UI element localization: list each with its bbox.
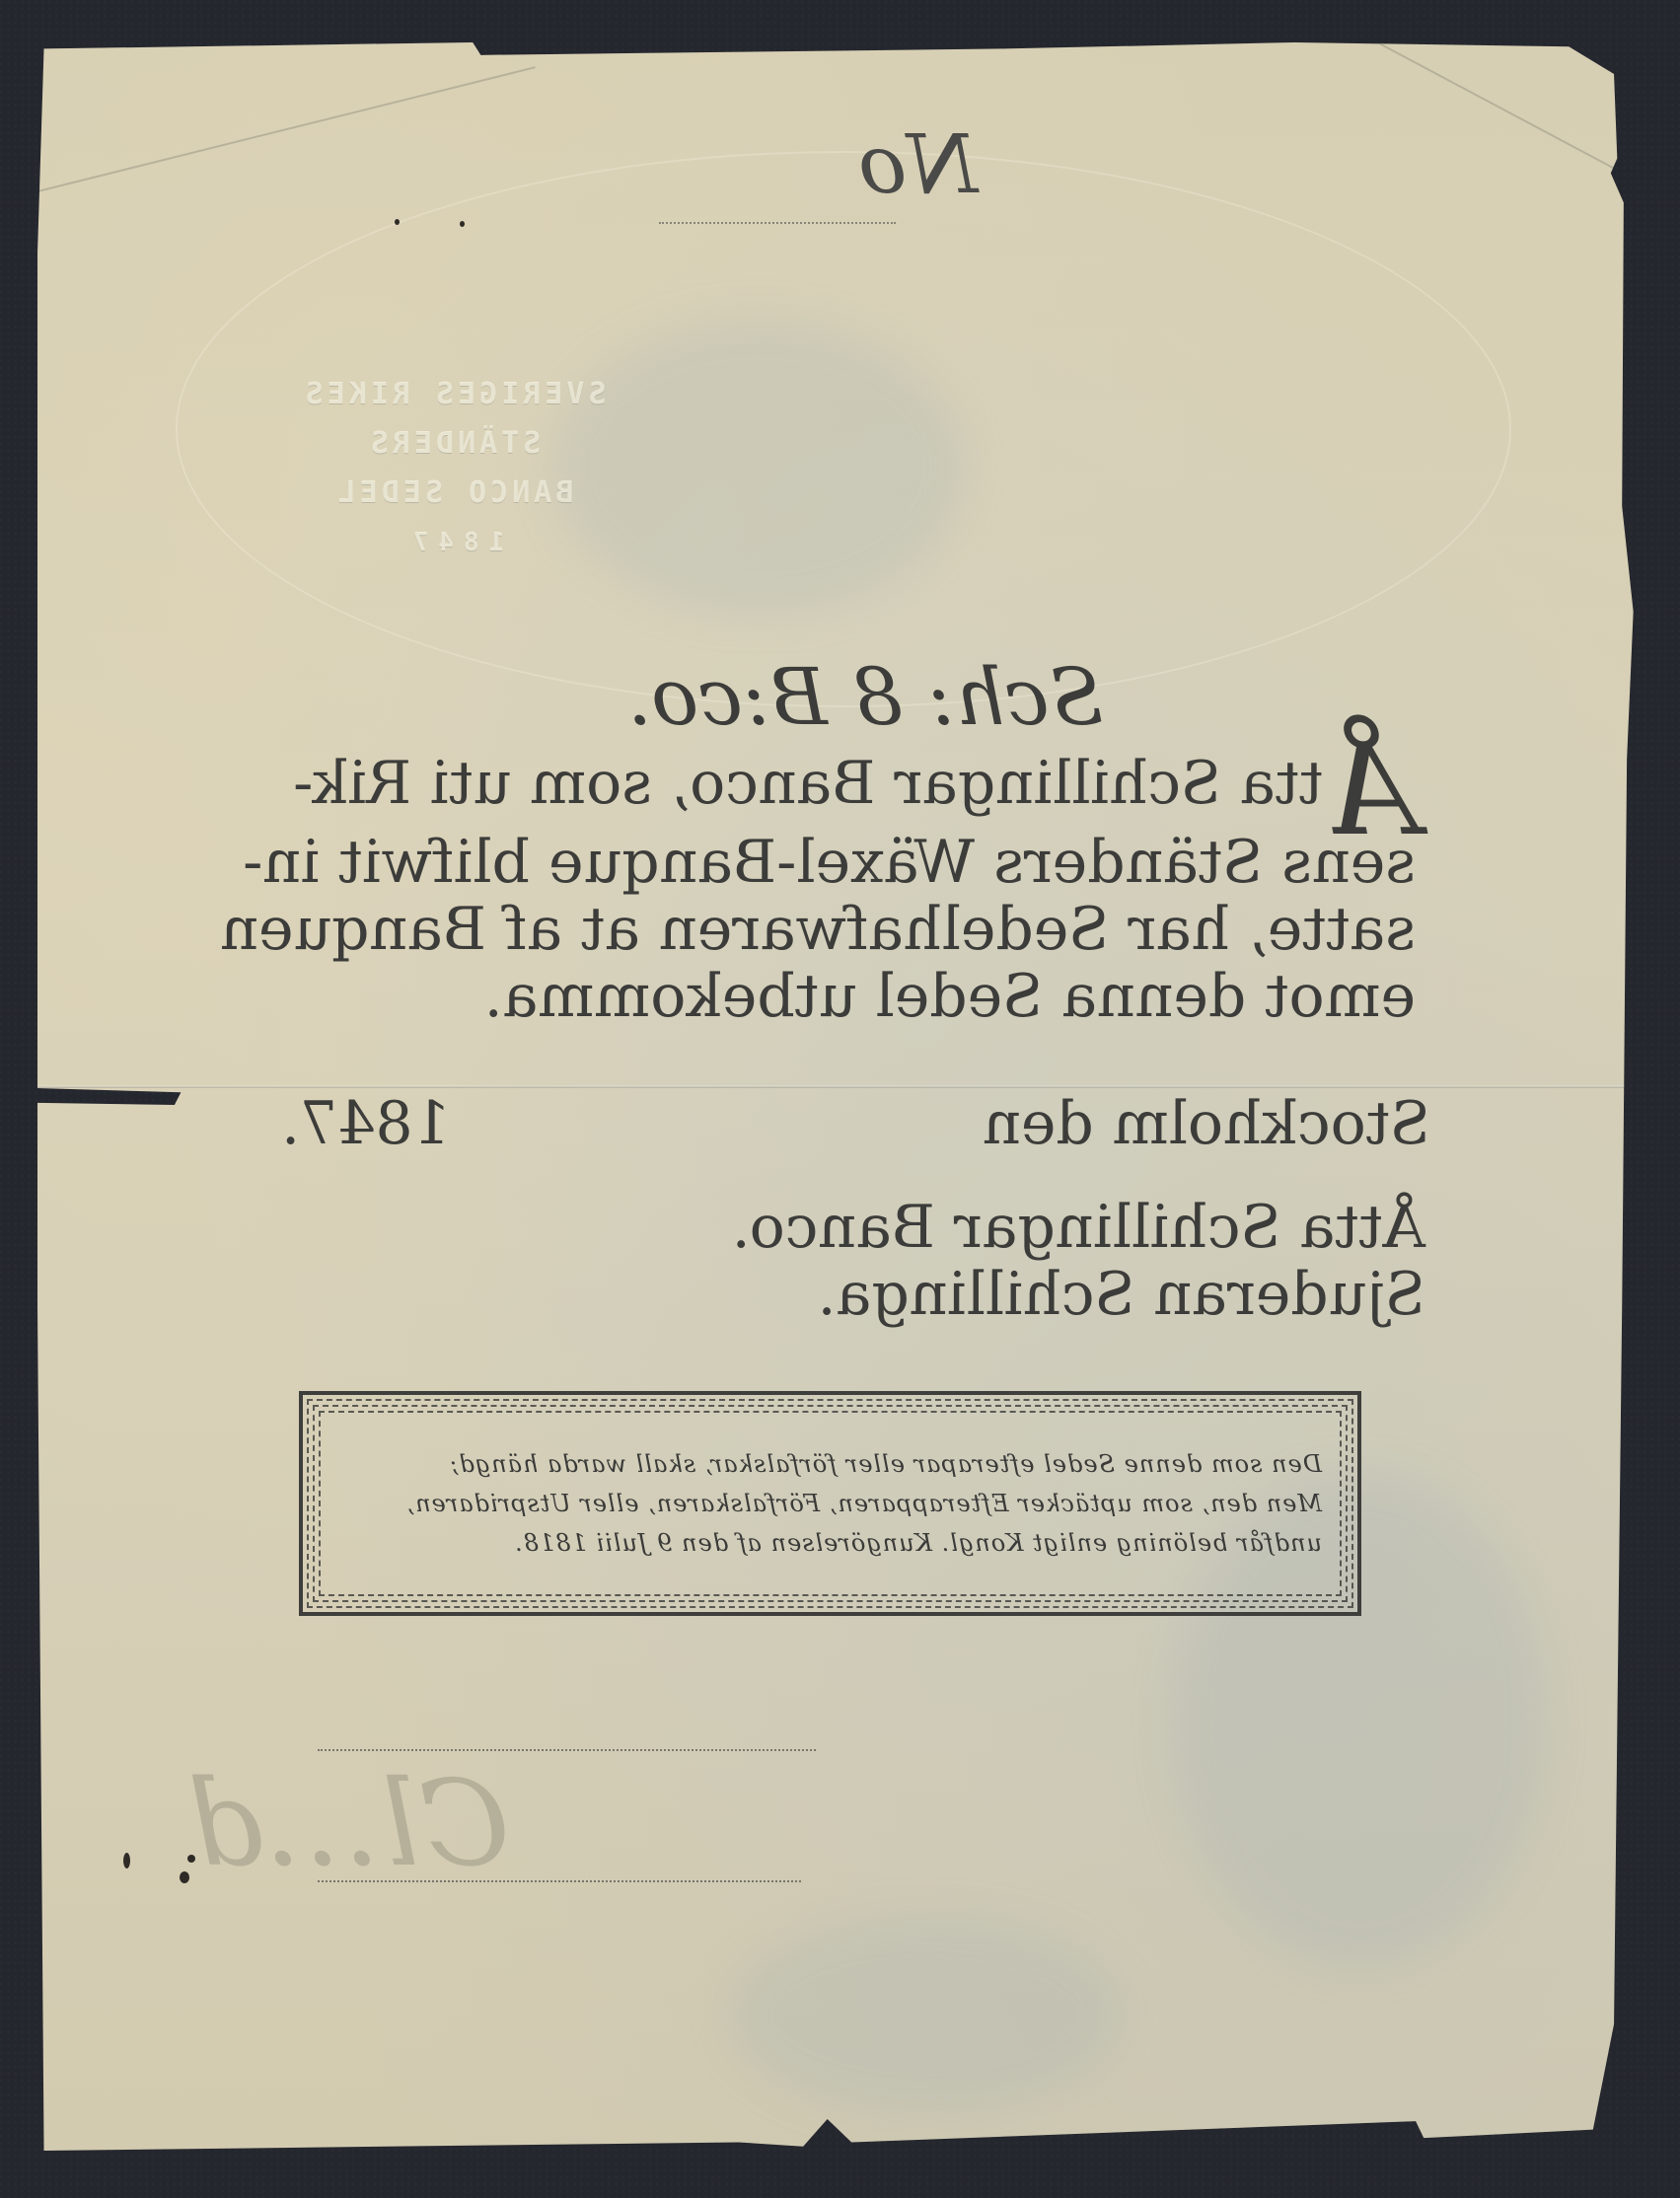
amount-line: Åtta Schillingar Banco.	[567, 1194, 1425, 1261]
watermark-line: SVERIGES RIKES	[207, 370, 700, 419]
body-line: satte, har Sedelhafwaren at af Banquen	[281, 896, 1416, 963]
stain	[728, 1917, 1123, 2114]
denomination-text: Sch: 8 B:co.	[627, 651, 1104, 743]
horizontal-fold-crease	[37, 1085, 1649, 1088]
denomination-heading: Sch: 8 B:co.	[627, 651, 1104, 743]
watermark: SVERIGES RIKES STÄNDERS BANCO SEDEL 1847	[207, 370, 700, 567]
place-date-line: Stockholm den 1847.	[281, 1090, 1430, 1157]
body-line-text: tta Schillingar Banco, som uti Rik-	[293, 749, 1323, 818]
ink-spot	[180, 1871, 189, 1883]
signature-line-top	[318, 1749, 816, 1751]
year-text: 1847.	[281, 1090, 451, 1157]
frame-inner-border: Den som denne Sedel efterapar eller förf…	[313, 1405, 1348, 1602]
ink-spot	[123, 1853, 130, 1868]
ink-spot	[395, 219, 400, 225]
place-text: Stockholm den	[983, 1090, 1430, 1157]
number-mark-text: No	[858, 118, 978, 212]
warning-line: Den som denne Sedel efterapar eller förf…	[338, 1444, 1322, 1484]
body-line: emot denna Sedel utbekomma.	[281, 963, 1416, 1030]
ink-spot	[187, 1855, 195, 1863]
amount-in-words: Åtta Schillingar Banco. Sjuderan Schilli…	[567, 1194, 1425, 1328]
warning-line: undfår belöning enligt Kongl. Kungörelse…	[338, 1523, 1322, 1563]
counterfeit-warning-frame: Den som denne Sedel efterapar eller förf…	[299, 1391, 1361, 1616]
watermark-line: BANCO SEDEL	[207, 469, 700, 518]
frame-inner-border: Den som denne Sedel efterapar eller förf…	[307, 1399, 1353, 1608]
amount-line: Sjuderan Schillinga.	[567, 1261, 1425, 1328]
corner-fold-crease	[37, 66, 536, 192]
watermark-year: 1847	[207, 518, 700, 567]
warning-line: Men den, som uptäcker Efterapparen, Förf…	[338, 1484, 1322, 1523]
number-mark: No	[858, 118, 978, 212]
note-body-text: Åtta Schillingar Banco, som uti Rik- sen…	[281, 750, 1416, 1030]
serial-number-line	[659, 222, 896, 224]
body-line: Åtta Schillingar Banco, som uti Rik-	[281, 750, 1416, 829]
body-line: sens Ständers Wäxel-Banque blifwit in-	[281, 829, 1416, 896]
signature-show-through: Cl…d	[187, 1756, 510, 1893]
frame-inner-border: Den som denne Sedel efterapar eller förf…	[319, 1411, 1342, 1596]
watermark-line: STÄNDERS	[207, 419, 700, 469]
counterfeit-warning-text: Den som denne Sedel efterapar eller förf…	[325, 1417, 1336, 1590]
ink-spot	[460, 221, 465, 227]
